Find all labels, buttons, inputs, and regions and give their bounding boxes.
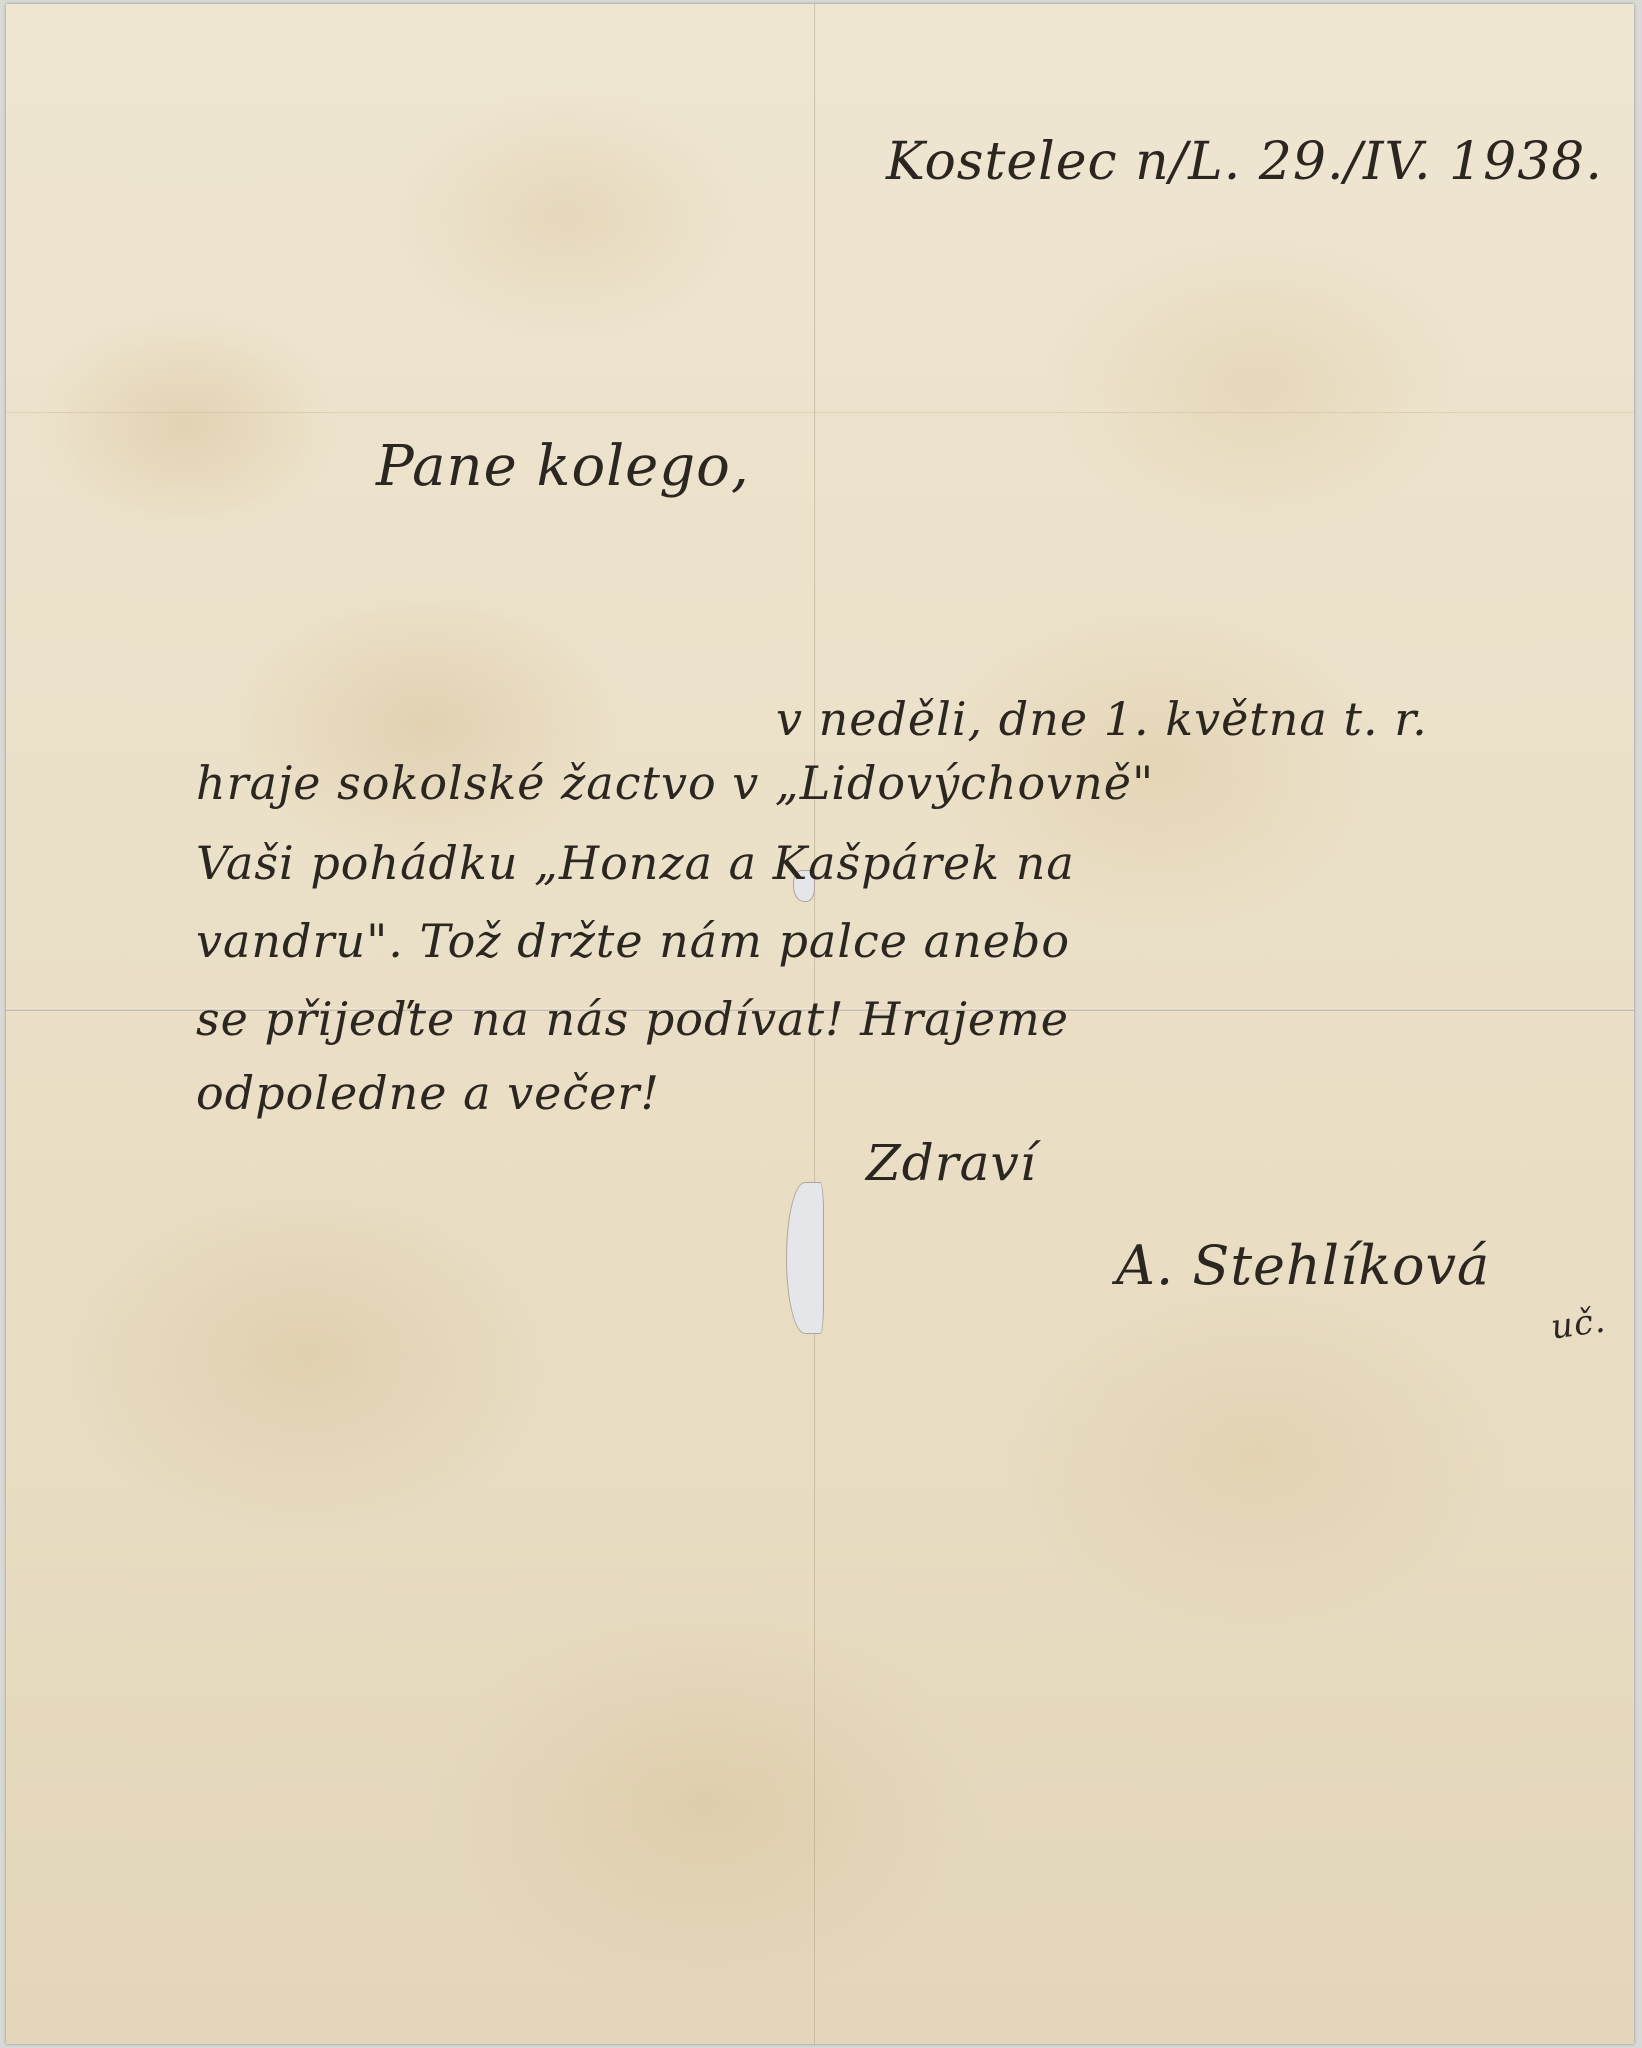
upper-fold-line <box>6 412 1634 413</box>
body-line: Vaši pohádku „Honza a Kašpárek na <box>196 836 1075 890</box>
body-line: vandru". Tož držte nám palce anebo <box>196 914 1070 968</box>
letter-paper: Kostelec n/L. 29./IV. 1938. Pane kolego,… <box>6 4 1634 2044</box>
salutation: Pane kolego, <box>376 434 750 499</box>
body-line: se přijeďte na nás podívat! Hrajeme <box>196 992 1069 1046</box>
signature-title-note: uč. <box>1548 1300 1608 1347</box>
closing: Zdraví <box>866 1134 1037 1192</box>
body-line: hraje sokolské žactvo v „Lidovýchovně" <box>196 756 1154 810</box>
signature: A. Stehlíková <box>1116 1234 1490 1297</box>
body-line: odpoledne a večer! <box>196 1066 660 1120</box>
body-line: v neděli, dne 1. května t. r. <box>776 692 1428 746</box>
paper-tear-hole <box>786 1182 824 1334</box>
place-and-date: Kostelec n/L. 29./IV. 1938. <box>886 132 1603 192</box>
